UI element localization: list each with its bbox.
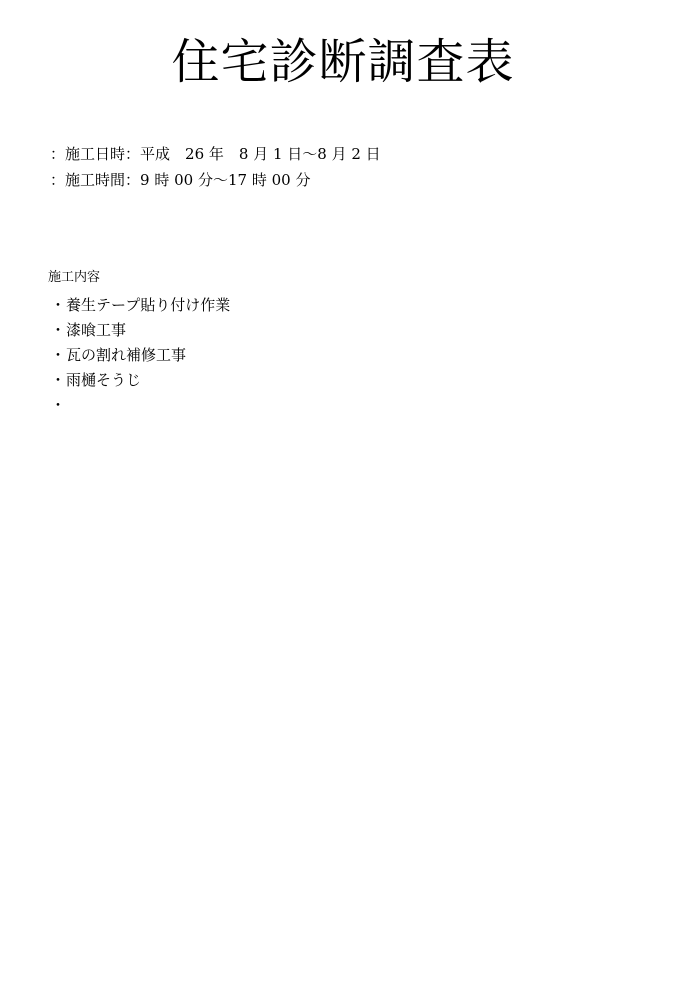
bullet-icon: ・ (50, 318, 66, 343)
construction-time-line: ：施工時間：9 時 00 分～17 時 00 分 (50, 170, 310, 190)
page-title: 住宅診断調査表 (0, 32, 686, 92)
construction-date-line: ：施工日時：平成 26 年 8 月 1 日～8 月 2 日 (50, 144, 381, 164)
list-item-text: 養生テープ貼り付け作業 (66, 296, 230, 314)
list-item: ・漆喰工事 (50, 318, 230, 343)
bullet-icon: ・ (50, 293, 66, 318)
list-item-text: 雨樋そうじ (66, 371, 141, 389)
bullet-icon: ・ (50, 343, 66, 368)
info-value: 9 時 00 分～17 時 00 分 (140, 171, 310, 189)
list-item: ・瓦の割れ補修工事 (50, 343, 230, 368)
list-item: ・ (50, 393, 230, 418)
info-label: 施工時間 (65, 171, 125, 189)
list-item-text: 瓦の割れ補修工事 (66, 346, 186, 364)
info-separator: ： (125, 145, 140, 163)
info-separator: ： (125, 171, 140, 189)
list-item-text: 漆喰工事 (66, 321, 126, 339)
info-label: 施工日時 (65, 145, 125, 163)
work-content-heading: 施工内容 (48, 269, 100, 287)
bullet-icon: ・ (50, 393, 66, 418)
bullet-icon: ・ (50, 368, 66, 393)
info-value: 平成 26 年 8 月 1 日～8 月 2 日 (140, 145, 381, 163)
info-prefix: ： (50, 171, 65, 189)
list-item: ・雨樋そうじ (50, 368, 230, 393)
info-prefix: ： (50, 145, 65, 163)
list-item: ・養生テープ貼り付け作業 (50, 293, 230, 318)
work-content-list: ・養生テープ貼り付け作業 ・漆喰工事 ・瓦の割れ補修工事 ・雨樋そうじ ・ (50, 293, 230, 418)
